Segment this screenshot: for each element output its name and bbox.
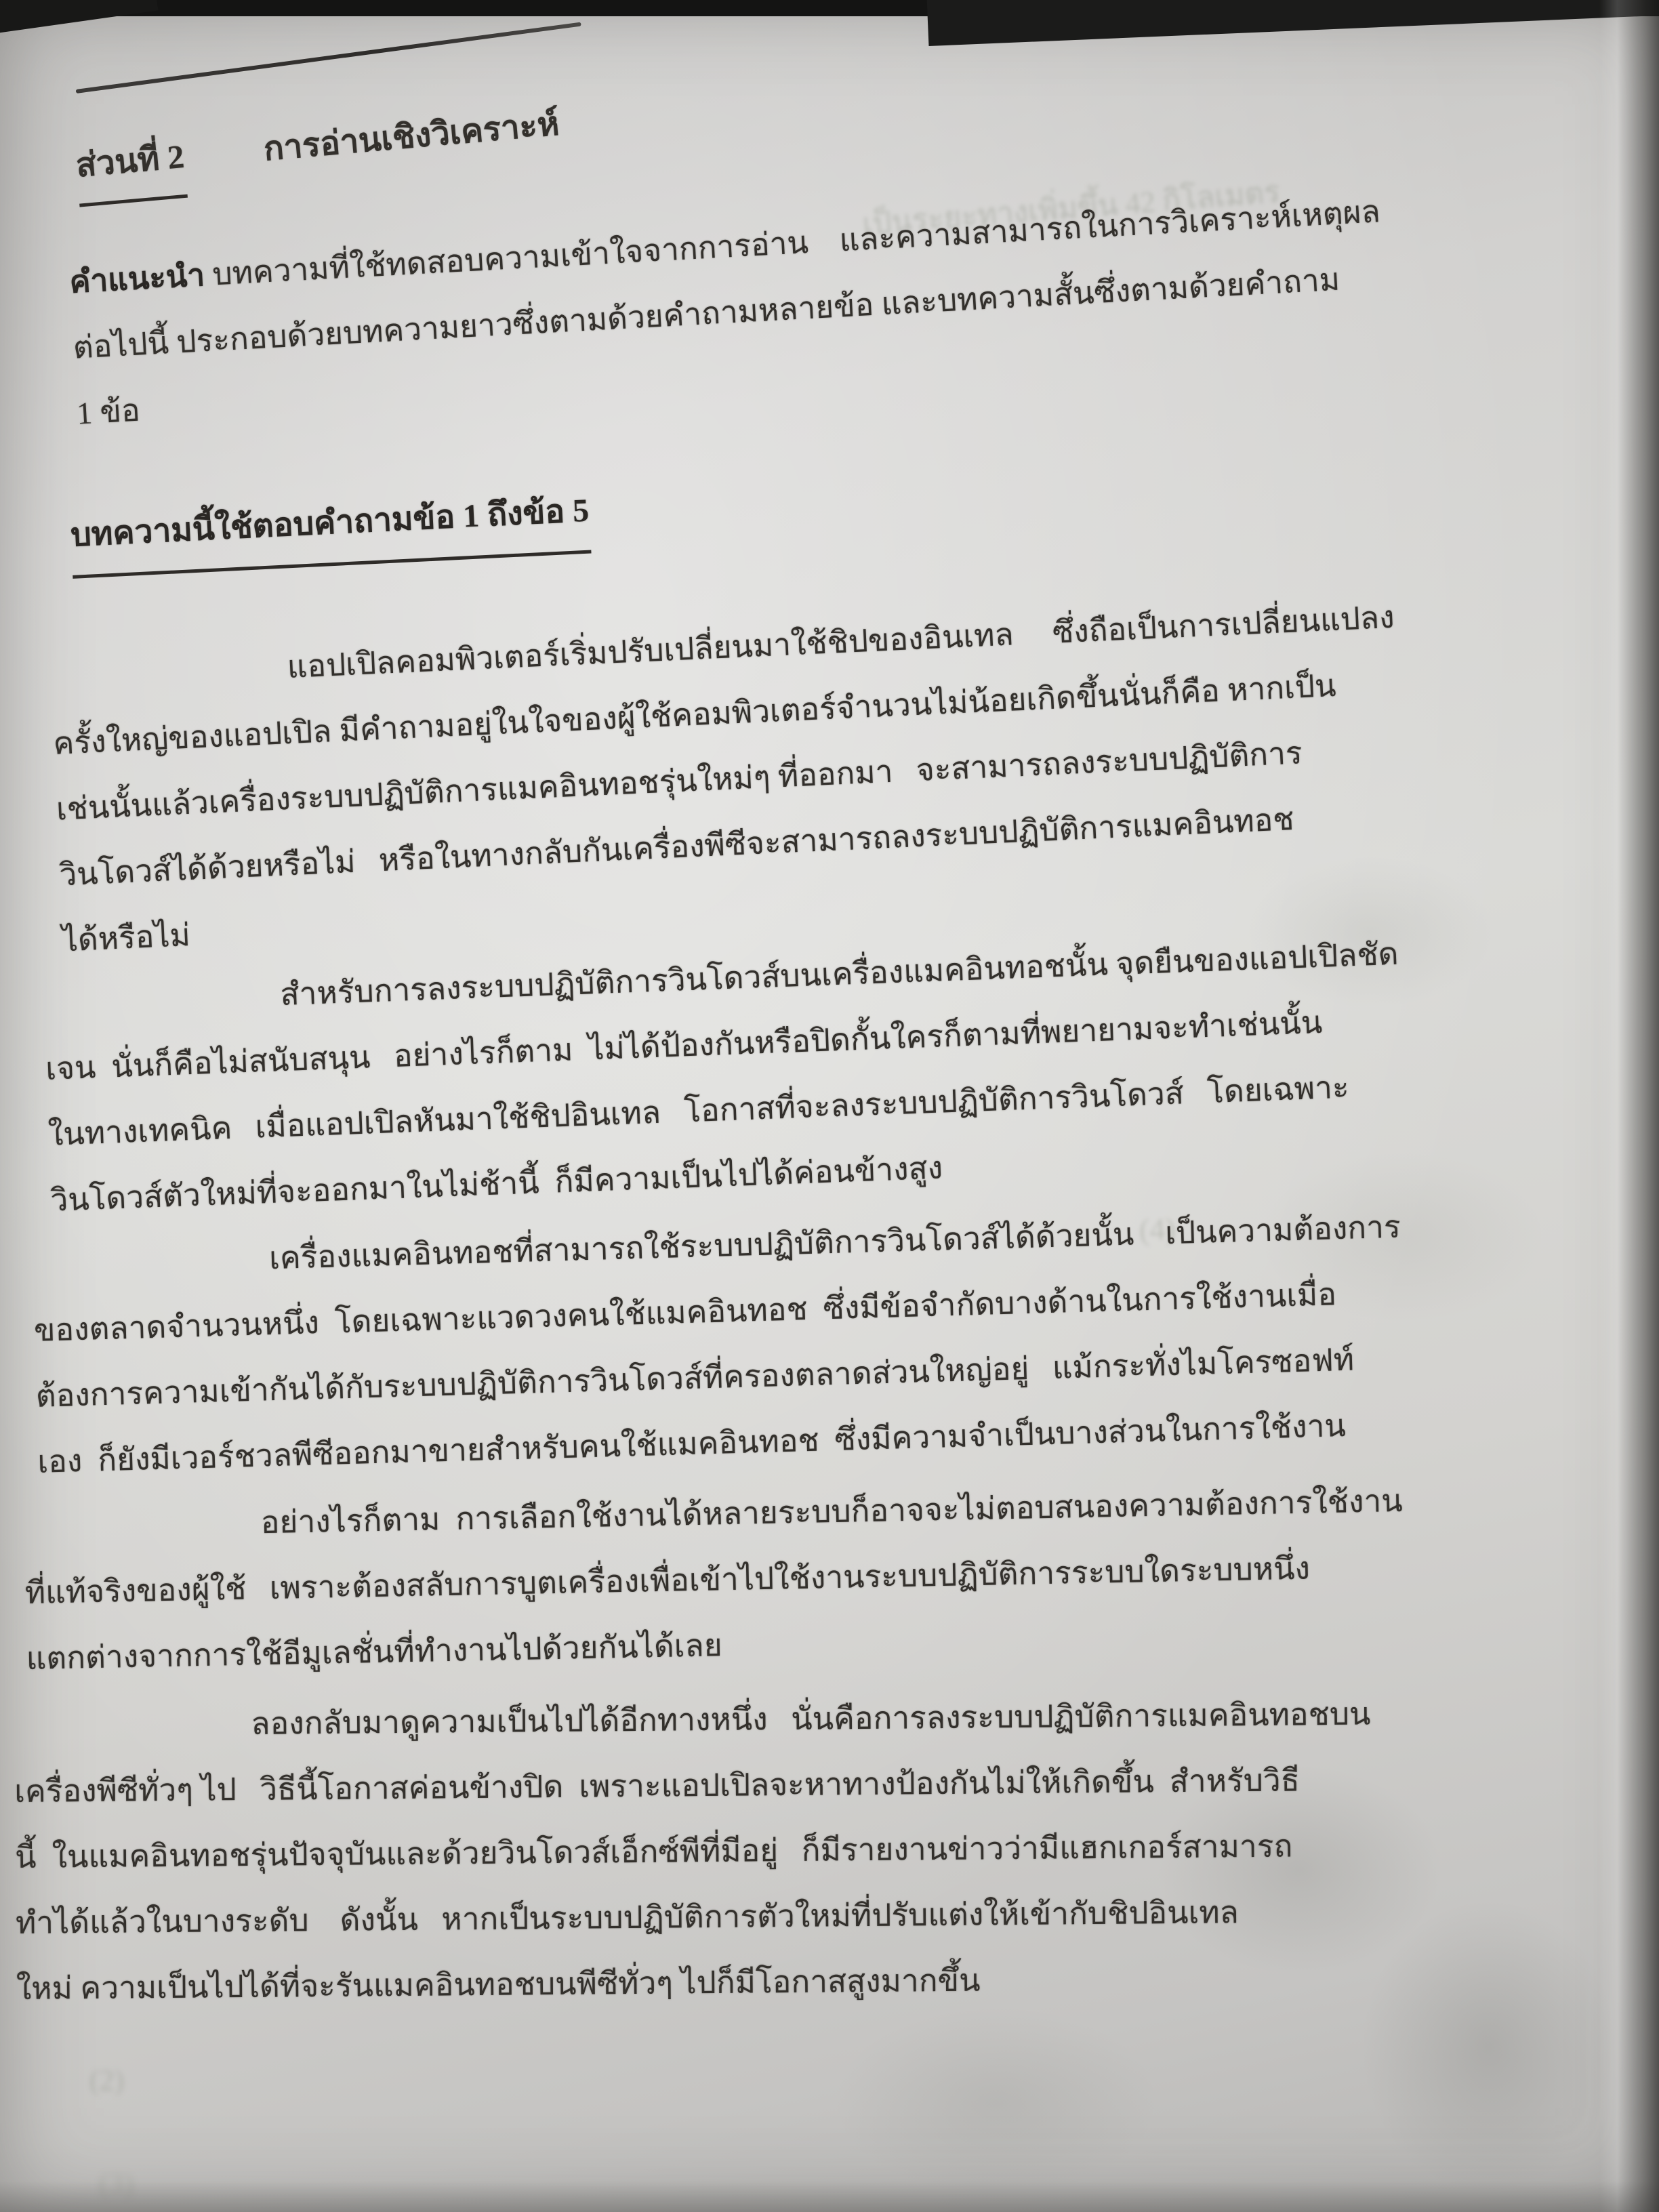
section-header: ส่วนที่ 2การอ่านเชิงวิเคราะห์ bbox=[73, 91, 562, 207]
page-edge-shadow-right bbox=[1599, 0, 1659, 2212]
horizontal-rule bbox=[76, 22, 581, 94]
instructions-label: คำแนะนำ bbox=[68, 258, 205, 300]
instructions: คำแนะนำ บทความที่ใช้ทดสอบความเข้าใจจากกา… bbox=[68, 165, 1628, 446]
photo-corner-shadow-left bbox=[0, 0, 158, 41]
part-title: การอ่านเชิงวิเคราะห์ bbox=[261, 91, 562, 182]
text-line: ใหม่ ความเป็นไปได้ที่จะรันแมคอินทอชบนพีซ… bbox=[16, 1942, 1616, 2022]
page-edge-shadow-bottom bbox=[0, 2181, 1659, 2212]
passage-heading-text: บทความนี้ใช้ตอบคำถามข้อ 1 ถึงข้อ 5 bbox=[69, 478, 591, 579]
article-paragraph: เครื่องแมคอินทอชที่สามารถใช้ระบบปฏิบัติก… bbox=[31, 1188, 1624, 1495]
part-label: ส่วนที่ 2 bbox=[73, 123, 188, 207]
bleedthrough-text: (2) bbox=[89, 2063, 124, 2097]
photo-corner-shadow-right bbox=[926, 0, 1659, 46]
article-paragraph: ลองกลับมาดูความเป็นไปได้อีกทางหนึ่ง นั่น… bbox=[14, 1679, 1616, 2022]
passage-heading: บทความนี้ใช้ตอบคำถามข้อ 1 ถึงข้อ 5 bbox=[69, 478, 591, 579]
scanned-document-page: เป็นระยะทางเพิ่มขึ้น 42 กิโลเมตร (4) (2)… bbox=[0, 0, 1659, 2212]
article-paragraph: อย่างไรก็ตาม การเลือกใช้งานได้หลายระบบก็… bbox=[23, 1464, 1619, 1692]
